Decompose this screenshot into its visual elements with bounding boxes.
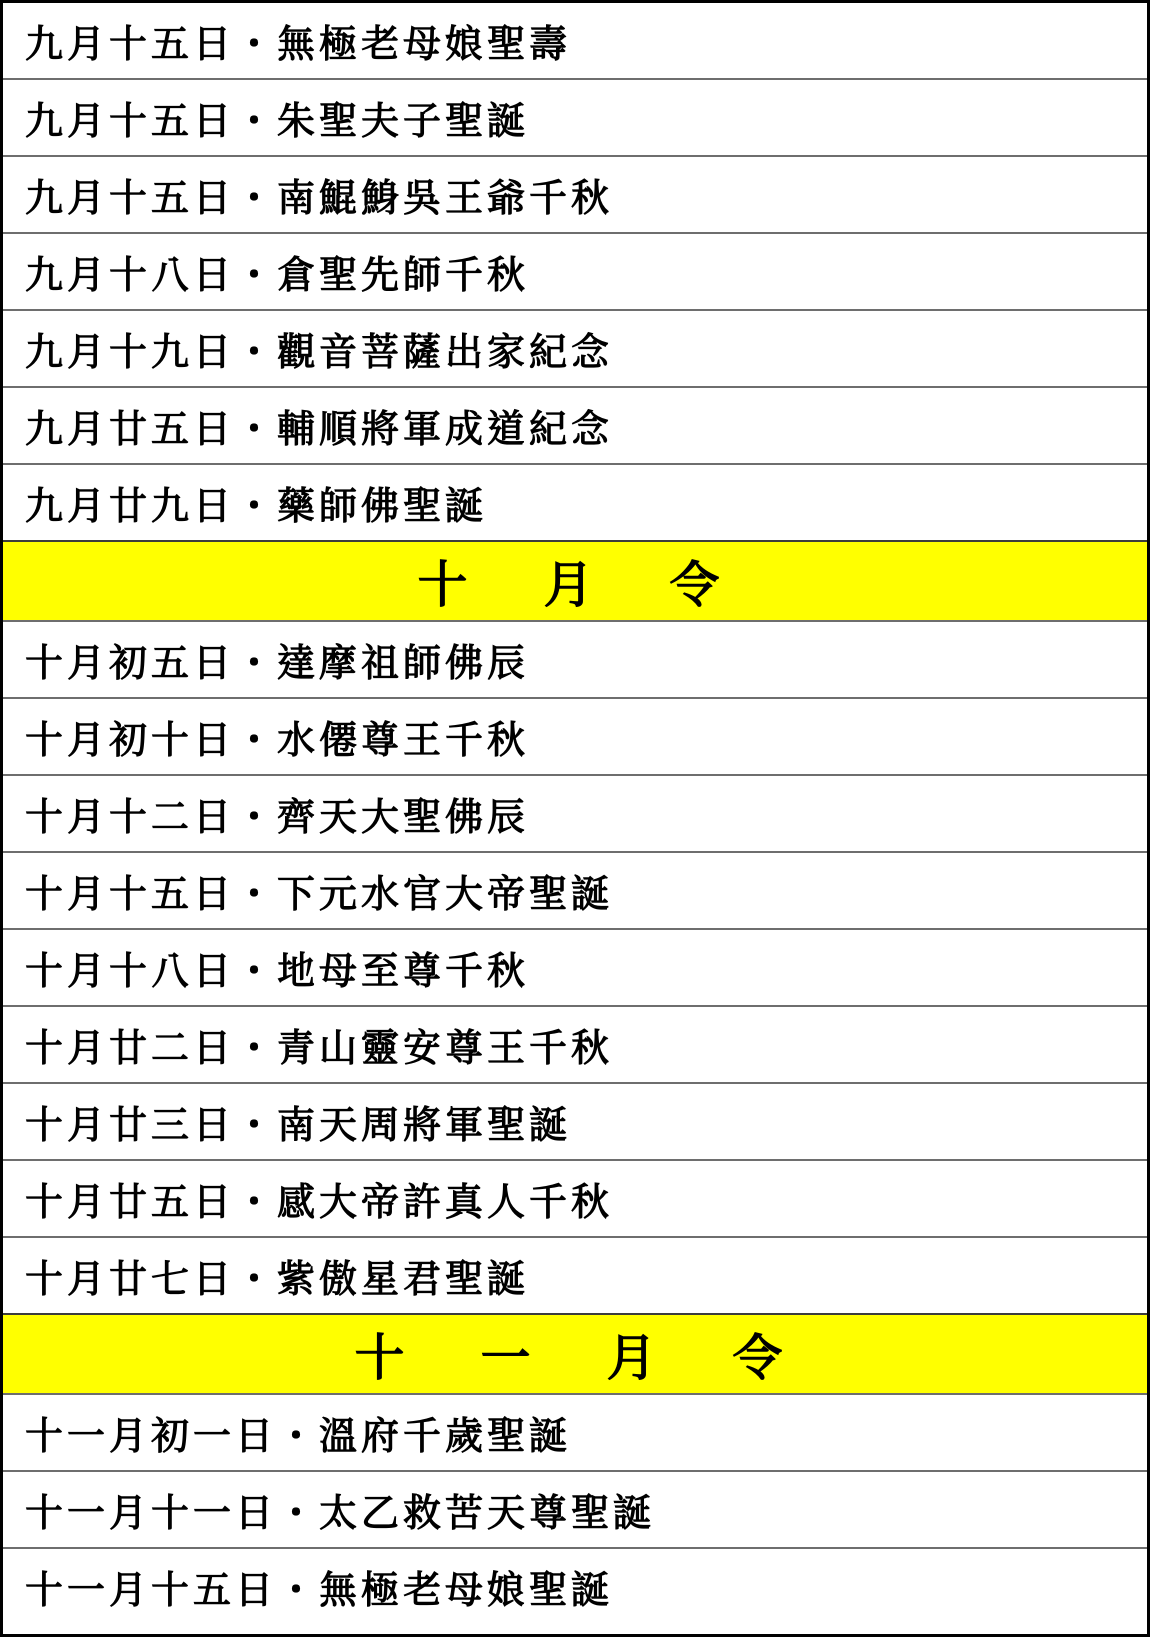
calendar-entry-row: 十一月初一日・溫府千歲聖誕: [3, 1393, 1147, 1470]
calendar-entry-row: 十月廿二日・青山靈安尊王千秋: [3, 1005, 1147, 1082]
calendar-entry-row: 九月十五日・南鯤鯓吳王爺千秋: [3, 155, 1147, 232]
calendar-entry-row: 九月十五日・無極老母娘聖壽: [3, 3, 1147, 78]
calendar-entry-row: 十月十八日・地母至尊千秋: [3, 928, 1147, 1005]
month-header-label: 十 一 月 令: [355, 1318, 796, 1390]
calendar-entry-row: 九月十五日・朱聖夫子聖誕: [3, 78, 1147, 155]
separator-dot: ・: [235, 709, 277, 764]
entry-event: 無極老母娘聖壽: [277, 13, 571, 68]
entry-event: 倉聖先師千秋: [277, 244, 529, 299]
entry-event: 南天周將軍聖誕: [277, 1094, 571, 1149]
entry-date: 十月廿三日: [25, 1094, 235, 1149]
calendar-entry-row: 十月廿五日・感大帝許真人千秋: [3, 1159, 1147, 1236]
entry-date: 十月廿七日: [25, 1248, 235, 1303]
calendar-entry-row: 九月廿五日・輔順將軍成道紀念: [3, 386, 1147, 463]
entry-date: 十月初五日: [25, 632, 235, 687]
entry-date: 九月廿九日: [25, 475, 235, 530]
entry-date: 九月廿五日: [25, 398, 235, 453]
entry-date: 十月十八日: [25, 940, 235, 995]
entry-date: 十月十二日: [25, 786, 235, 841]
entry-event: 無極老母娘聖誕: [319, 1559, 613, 1614]
separator-dot: ・: [277, 1559, 319, 1614]
entry-event: 地母至尊千秋: [277, 940, 529, 995]
month-header-row-november: 十 一 月 令: [3, 1313, 1147, 1393]
entry-event: 青山靈安尊王千秋: [277, 1017, 613, 1072]
separator-dot: ・: [235, 167, 277, 222]
separator-dot: ・: [235, 321, 277, 376]
separator-dot: ・: [235, 1017, 277, 1072]
entry-event: 南鯤鯓吳王爺千秋: [277, 167, 613, 222]
entry-event: 齊天大聖佛辰: [277, 786, 529, 841]
entry-date: 十一月十五日: [25, 1559, 277, 1614]
separator-dot: ・: [277, 1405, 319, 1460]
entry-date: 十一月十一日: [25, 1482, 277, 1537]
calendar-entry-row: 十一月十一日・太乙救苦天尊聖誕: [3, 1470, 1147, 1547]
separator-dot: ・: [235, 1171, 277, 1226]
entry-date: 十月十五日: [25, 863, 235, 918]
separator-dot: ・: [235, 244, 277, 299]
calendar-entry-row: 九月十八日・倉聖先師千秋: [3, 232, 1147, 309]
entry-event: 輔順將軍成道紀念: [277, 398, 613, 453]
entry-event: 下元水官大帝聖誕: [277, 863, 613, 918]
separator-dot: ・: [235, 13, 277, 68]
separator-dot: ・: [235, 1094, 277, 1149]
calendar-page: 九月十五日・無極老母娘聖壽 九月十五日・朱聖夫子聖誕 九月十五日・南鯤鯓吳王爺千…: [0, 0, 1150, 1637]
entry-event: 溫府千歲聖誕: [319, 1405, 571, 1460]
separator-dot: ・: [235, 1248, 277, 1303]
separator-dot: ・: [235, 863, 277, 918]
entry-date: 九月十五日: [25, 13, 235, 68]
calendar-entry-row: 九月十九日・觀音菩薩出家紀念: [3, 309, 1147, 386]
separator-dot: ・: [235, 398, 277, 453]
calendar-entry-row: 十一月十五日・無極老母娘聖誕: [3, 1547, 1147, 1624]
entry-date: 十月廿二日: [25, 1017, 235, 1072]
entry-event: 達摩祖師佛辰: [277, 632, 529, 687]
month-header-label: 十 月 令: [418, 545, 733, 617]
entry-event: 藥師佛聖誕: [277, 475, 487, 530]
separator-dot: ・: [235, 786, 277, 841]
entry-date: 九月十五日: [25, 167, 235, 222]
entry-date: 九月十九日: [25, 321, 235, 376]
separator-dot: ・: [235, 90, 277, 145]
calendar-entry-row: 十月十二日・齊天大聖佛辰: [3, 774, 1147, 851]
month-header-row-october: 十 月 令: [3, 540, 1147, 620]
entry-date: 九月十八日: [25, 244, 235, 299]
calendar-entry-row: 十月初十日・水僊尊王千秋: [3, 697, 1147, 774]
entry-date: 十月初十日: [25, 709, 235, 764]
entry-event: 水僊尊王千秋: [277, 709, 529, 764]
calendar-entry-row: 十月初五日・達摩祖師佛辰: [3, 620, 1147, 697]
separator-dot: ・: [277, 1482, 319, 1537]
separator-dot: ・: [235, 940, 277, 995]
entry-date: 十月廿五日: [25, 1171, 235, 1226]
calendar-entry-row: 十月十五日・下元水官大帝聖誕: [3, 851, 1147, 928]
separator-dot: ・: [235, 632, 277, 687]
entry-date: 十一月初一日: [25, 1405, 277, 1460]
festival-table: 九月十五日・無極老母娘聖壽 九月十五日・朱聖夫子聖誕 九月十五日・南鯤鯓吳王爺千…: [0, 0, 1150, 1637]
calendar-entry-row: 十月廿三日・南天周將軍聖誕: [3, 1082, 1147, 1159]
entry-event: 紫傲星君聖誕: [277, 1248, 529, 1303]
entry-event: 感大帝許真人千秋: [277, 1171, 613, 1226]
entry-date: 九月十五日: [25, 90, 235, 145]
calendar-entry-row: 十月廿七日・紫傲星君聖誕: [3, 1236, 1147, 1313]
calendar-entry-row: 九月廿九日・藥師佛聖誕: [3, 463, 1147, 540]
entry-event: 太乙救苦天尊聖誕: [319, 1482, 655, 1537]
entry-event: 觀音菩薩出家紀念: [277, 321, 613, 376]
entry-event: 朱聖夫子聖誕: [277, 90, 529, 145]
separator-dot: ・: [235, 475, 277, 530]
